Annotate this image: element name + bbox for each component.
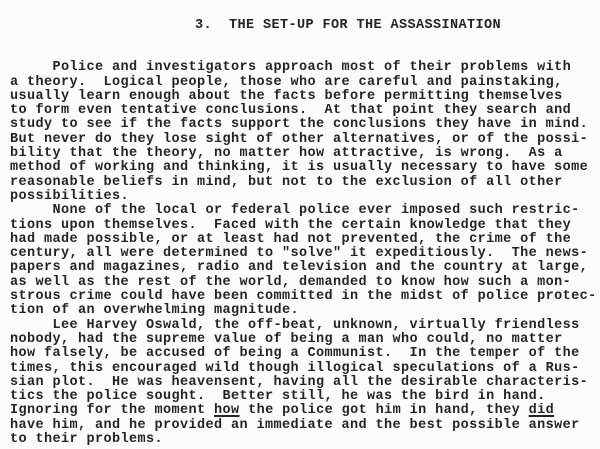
- text-segment: study to see if the facts support the co…: [10, 117, 588, 132]
- text-line: have him, and he provided an immediate a…: [10, 419, 600, 433]
- text-line: papers and magazines, radio and televisi…: [10, 261, 600, 275]
- text-segment: reasonable beliefs in mind, but not to t…: [10, 175, 563, 190]
- text-segment: strous crime could have been committed i…: [10, 289, 597, 304]
- text-segment: how falsely, be accused of being a Commu…: [10, 346, 580, 361]
- text-line: times, this encouraged wild though illog…: [10, 362, 600, 376]
- text-segment: tics the police sought. Better still, he…: [10, 389, 546, 404]
- text-line: to form even tentative conclusions. At t…: [10, 104, 600, 118]
- underlined-text: how: [214, 403, 240, 418]
- text-line: tion of an overwhelming magnitude.: [10, 304, 600, 318]
- text-line: as well as the rest of the world, demand…: [10, 276, 600, 290]
- text-line: study to see if the facts support the co…: [10, 118, 600, 132]
- text-segment: times, this encouraged wild though illog…: [10, 361, 580, 376]
- text-segment: century, all were determined to "solve" …: [10, 246, 588, 261]
- text-line: method of working and thinking, it is us…: [10, 161, 600, 175]
- text-line: usually learn enough about the facts bef…: [10, 90, 600, 104]
- text-segment: a theory. Logical people, those who are …: [10, 75, 563, 90]
- paragraph: None of the local or federal police ever…: [10, 204, 600, 318]
- text-segment: tion of an overwhelming magnitude.: [10, 303, 299, 318]
- text-line: reasonable beliefs in mind, but not to t…: [10, 176, 600, 190]
- text-segment: papers and magazines, radio and televisi…: [10, 260, 588, 275]
- text-line: possibilities.: [10, 190, 600, 204]
- text-segment: sian plot. He was heavensent, having all…: [10, 375, 588, 390]
- text-segment: Ignoring for the moment: [10, 403, 214, 418]
- text-segment: had made possible, or at least had not p…: [10, 232, 571, 247]
- text-line: None of the local or federal police ever…: [10, 204, 600, 218]
- text-segment: method of working and thinking, it is us…: [10, 160, 588, 175]
- text-segment: have him, and he provided an immediate a…: [10, 418, 580, 433]
- text-line: sian plot. He was heavensent, having all…: [10, 376, 600, 390]
- text-line: a theory. Logical people, those who are …: [10, 76, 600, 90]
- text-segment: as well as the rest of the world, demand…: [10, 275, 571, 290]
- text-segment: possibilities.: [10, 189, 129, 204]
- text-segment: nobody, had the supreme value of being a…: [10, 332, 563, 347]
- text-segment: Lee Harvey Oswald, the off-beat, unknown…: [10, 318, 580, 333]
- text-line: century, all were determined to "solve" …: [10, 247, 600, 261]
- text-segment: None of the local or federal police ever…: [10, 203, 580, 218]
- text-segment: to their problems.: [10, 432, 163, 447]
- text-line: tics the police sought. Better still, he…: [10, 390, 600, 404]
- text-line: how falsely, be accused of being a Commu…: [10, 347, 600, 361]
- text-segment: the police got him in hand, they: [240, 403, 529, 418]
- text-segment: usually learn enough about the facts bef…: [10, 89, 563, 104]
- paragraph: Police and investigators approach most o…: [10, 61, 600, 204]
- text-line: tions upon themselves. Faced with the ce…: [10, 219, 600, 233]
- text-line: Lee Harvey Oswald, the off-beat, unknown…: [10, 319, 600, 333]
- text-segment: Police and investigators approach most o…: [10, 60, 571, 75]
- paragraph: Lee Harvey Oswald, the off-beat, unknown…: [10, 319, 600, 448]
- document-body: Police and investigators approach most o…: [0, 61, 600, 447]
- text-segment: But never do they lose sight of other al…: [10, 132, 588, 147]
- text-line: Police and investigators approach most o…: [10, 61, 600, 75]
- text-segment: to form even tentative conclusions. At t…: [10, 103, 571, 118]
- text-line: strous crime could have been committed i…: [10, 290, 600, 304]
- text-line: Ignoring for the moment how the police g…: [10, 404, 600, 418]
- document-page: 3. THE SET-UP FOR THE ASSASSINATION Poli…: [0, 0, 600, 449]
- underlined-text: did: [529, 403, 555, 418]
- text-line: had made possible, or at least had not p…: [10, 233, 600, 247]
- section-heading: 3. THE SET-UP FOR THE ASSASSINATION: [0, 0, 600, 33]
- text-line: bility that the theory, no matter how at…: [10, 147, 600, 161]
- text-segment: bility that the theory, no matter how at…: [10, 146, 563, 161]
- text-line: nobody, had the supreme value of being a…: [10, 333, 600, 347]
- text-line: to their problems.: [10, 433, 600, 447]
- text-segment: tions upon themselves. Faced with the ce…: [10, 218, 571, 233]
- text-line: But never do they lose sight of other al…: [10, 133, 600, 147]
